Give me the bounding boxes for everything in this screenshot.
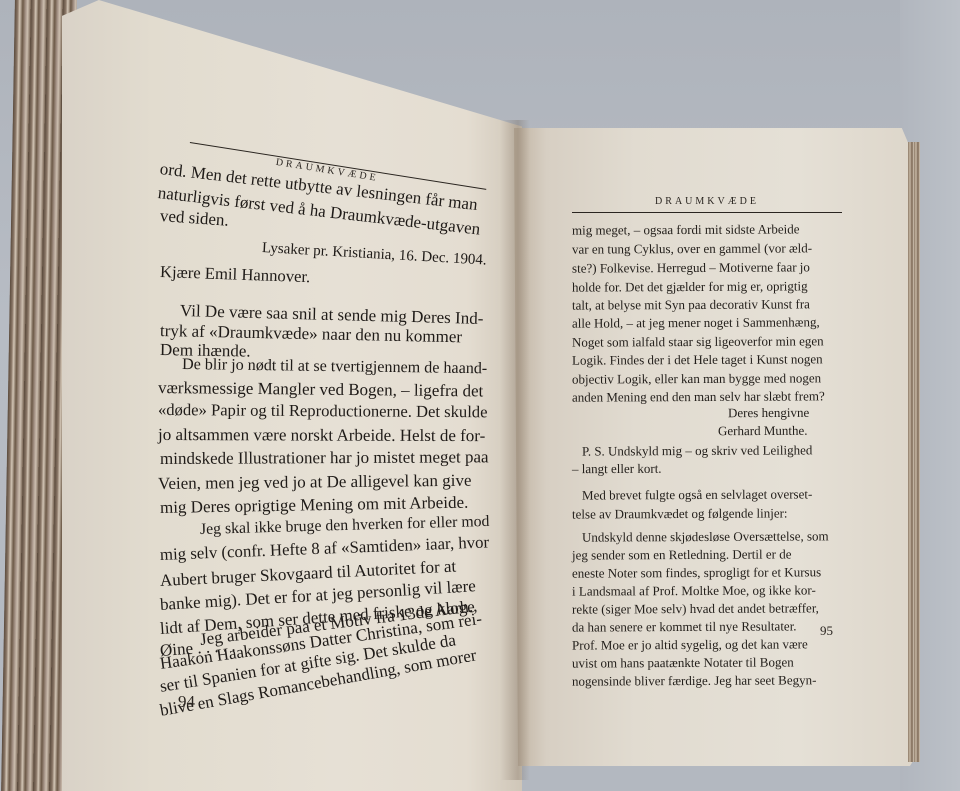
right-text-line: da han senere er kommet til nye Resultat… — [572, 619, 797, 633]
left-text-line: værksmessige Mangler ved Bogen, – ligefr… — [158, 379, 483, 399]
right-text-line: Med brevet fulgte også en selvlaget over… — [582, 487, 812, 501]
right-text-line: ste?) Folkevise. Herregud – Motiverne fa… — [572, 260, 810, 274]
right-text-line: eneste Noter som findes, sprogligt for e… — [572, 565, 821, 579]
left-text-line: Veien, men jeg ved jo at De alligevel ka… — [158, 472, 472, 492]
right-page-number: 95 — [820, 623, 833, 639]
left-text-line: mindskede Illustrationer har jo mistet m… — [160, 448, 489, 467]
right-text-line: alle Hold, – at jeg mener noget i Sammen… — [572, 315, 820, 329]
left-text-line: ved siden. — [159, 207, 229, 229]
right-text-line: Deres hengivne — [728, 406, 809, 419]
right-text-line: P. S. Undskyld mig – og skriv ved Leilig… — [582, 443, 812, 457]
right-text-line: var en tung Cyklus, over en gammel (vor … — [572, 241, 812, 255]
right-text-line: anden Mening end den man selv har slæbt … — [572, 389, 825, 403]
right-text-line: Prof. Moe er jo altid sygelig, og det ka… — [572, 637, 808, 651]
right-text-line: Gerhard Munthe. — [718, 424, 808, 437]
right-text-line: nogensinde bliver færdige. Jeg har seet … — [572, 673, 816, 687]
right-text-line: – langt eller kort. — [572, 462, 662, 475]
right-text-line: talt, at belyse mit Syn paa decorativ Ku… — [572, 297, 810, 311]
right-text-line: Noget som ialfald staar sig ligeoverfor … — [572, 334, 824, 348]
left-page-number: 94 — [178, 692, 195, 712]
right-text-line: holde for. Det det gjælder for mig er, o… — [572, 279, 808, 293]
right-text-line: jeg sender som en Retledning. Dertil er … — [572, 547, 792, 561]
right-text-line: telse av Draumkvædet og følgende linjer: — [572, 506, 788, 520]
right-text-line: uvist om hans paatænkte Notater til Boge… — [572, 655, 794, 669]
right-text-line: rekte (siger Moe selv) hvad det andet be… — [572, 601, 819, 615]
right-text-line: Undskyld denne skjødesløse Oversættelse,… — [582, 529, 829, 543]
right-text-line: i Landsmaal af Prof. Moltke Moe, og ikke… — [572, 583, 816, 597]
right-header-rule — [572, 212, 842, 213]
left-text-line: «døde» Papir og til Reproductionerne. De… — [158, 402, 488, 421]
right-running-head: DRAUMKVÆDE — [572, 196, 842, 207]
book-gutter — [500, 120, 530, 780]
right-text-line: mig meget, – ogsaa fordi mit sidste Arbe… — [572, 222, 800, 236]
left-text-line: jo altsammen være norskt Arbeide. Helst … — [158, 426, 485, 444]
right-text-line: objectiv Logik, eller kan man bygge med … — [572, 371, 821, 385]
right-text-line: Logik. Findes der i det Hele taget i Kun… — [572, 352, 823, 366]
right-page-block-edges — [908, 142, 920, 762]
